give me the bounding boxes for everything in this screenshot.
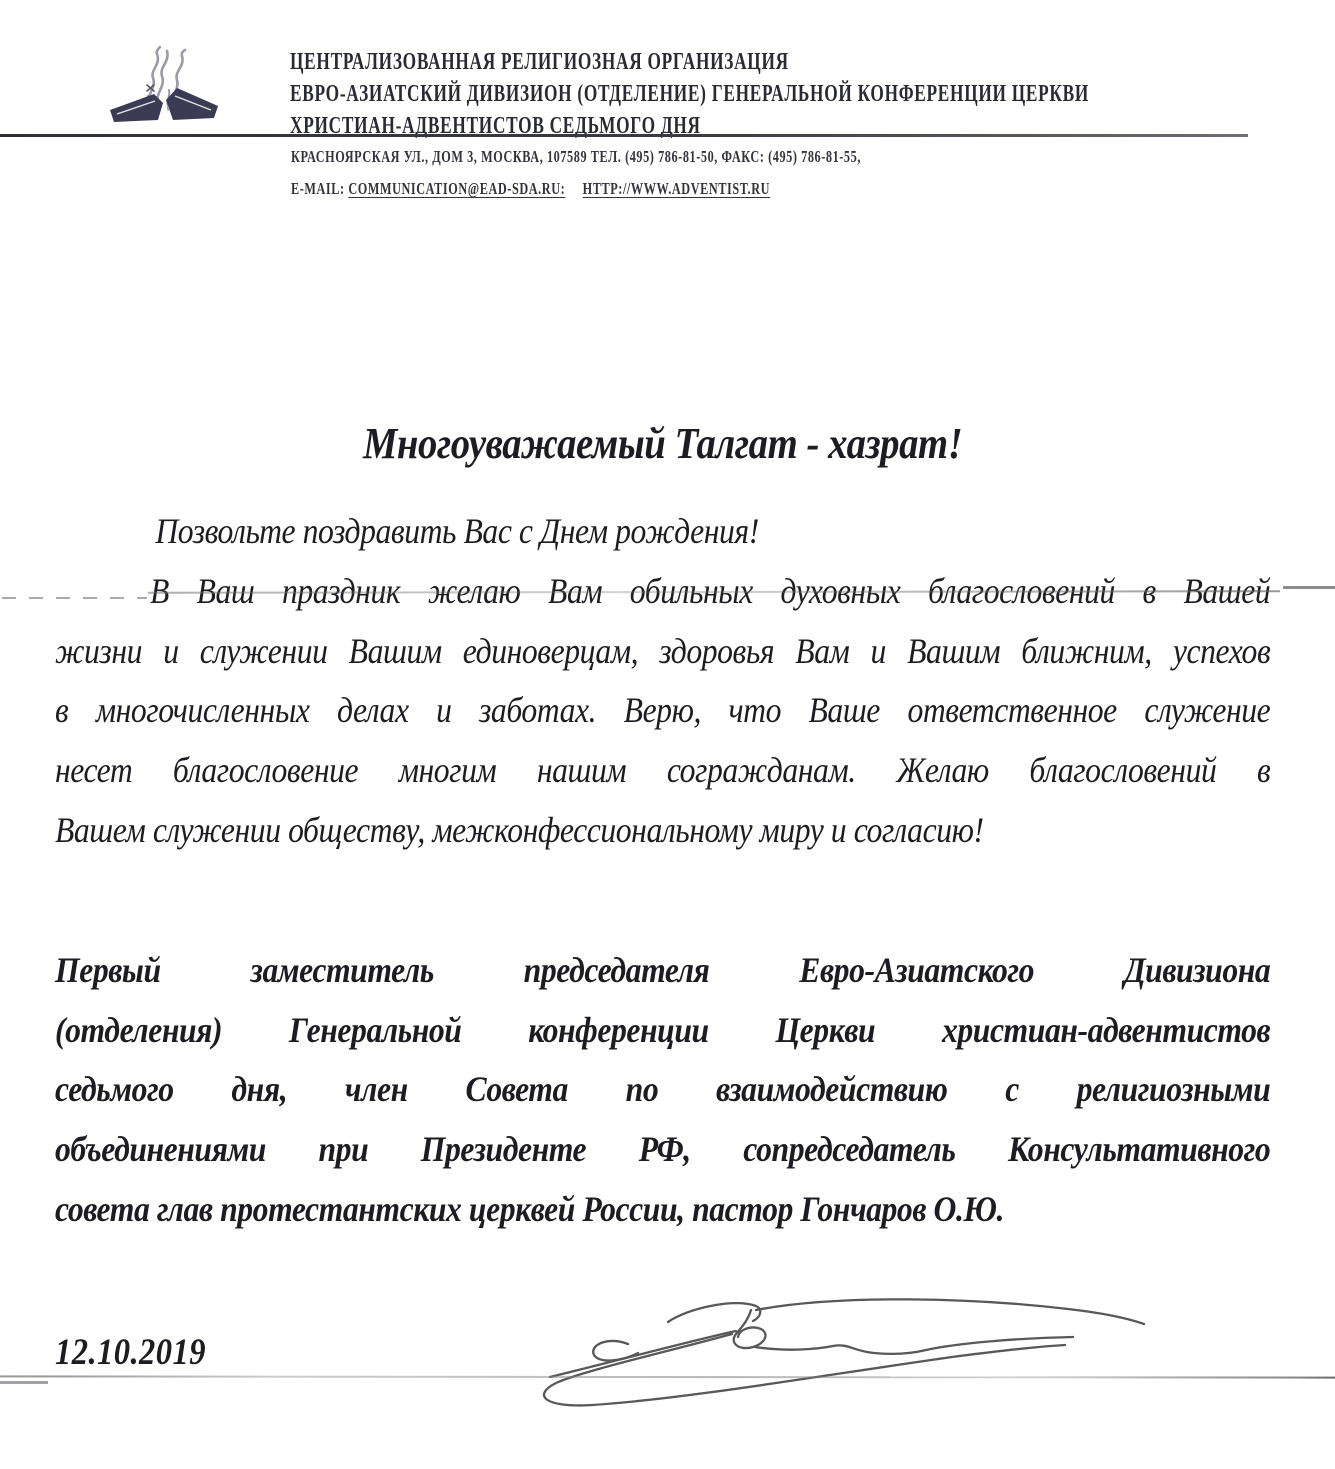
- signoff-line: седьмого дня, член Совета по взаимодейст…: [55, 1060, 1270, 1120]
- org-name-line: ЕВРО-АЗИАТСКИЙ ДИВИЗИОН (ОТДЕЛЕНИЕ) ГЕНЕ…: [290, 78, 1291, 110]
- signoff-line: (отделения) Генеральной конференции Церк…: [55, 1001, 1270, 1061]
- signoff-block: Первый заместитель председателя Евро-Ази…: [55, 941, 1270, 1239]
- address-line: КРАСНОЯРСКАЯ УЛ., ДОМ 3, МОСКВА, 107589 …: [291, 147, 1335, 167]
- adventist-logo-icon: [105, 44, 223, 138]
- org-name-line: ЦЕНТРАЛИЗОВАННАЯ РЕЛИГИОЗНАЯ ОРГАНИЗАЦИЯ: [290, 46, 1291, 78]
- handwritten-signature-icon: [520, 1265, 1180, 1435]
- body-line: в многочисленных делах и заботах. Верю, …: [55, 681, 1270, 741]
- email-line: E-MAIL: COMMUNICATION@EAD-SDA.RU: HTTP:/…: [291, 179, 1335, 199]
- org-name-block: ЦЕНТРАЛИЗОВАННАЯ РЕЛИГИОЗНАЯ ОРГАНИЗАЦИЯ…: [290, 46, 1291, 142]
- scan-fold-line: [1283, 586, 1335, 589]
- salutation: Многоуважаемый Талгат - хазрат!: [55, 416, 1270, 472]
- org-name-line: ХРИСТИАН-АДВЕНТИСТОВ СЕДЬМОГО ДНЯ: [290, 110, 1291, 142]
- website-url: HTTP://WWW.ADVENTIST.RU: [583, 179, 770, 198]
- body-line: жизни и служении Вашим единоверцам, здор…: [55, 622, 1270, 682]
- scan-fold-line: [2, 597, 147, 599]
- body-line: несет благословение многим нашим согражд…: [55, 741, 1270, 801]
- email-label: E-MAIL:: [291, 179, 345, 198]
- letterhead-divider: [0, 134, 1248, 137]
- body-line: Вашем служении обществу, межконфессионал…: [55, 801, 1270, 861]
- opening-line: Позвольте поздравить Вас с Днем рождения…: [55, 505, 1270, 557]
- signoff-line: совета глав протестантских церквей Росси…: [55, 1180, 1270, 1240]
- scan-fold-line: [0, 1381, 48, 1384]
- body-paragraph: В Ваш праздник желаю Вам обильных духовн…: [55, 562, 1270, 860]
- signoff-line: объединениями при Президенте РФ, сопредс…: [55, 1120, 1270, 1180]
- signoff-line: Первый заместитель председателя Евро-Ази…: [55, 941, 1270, 1001]
- email-address: COMMUNICATION@EAD-SDA.RU:: [348, 179, 565, 198]
